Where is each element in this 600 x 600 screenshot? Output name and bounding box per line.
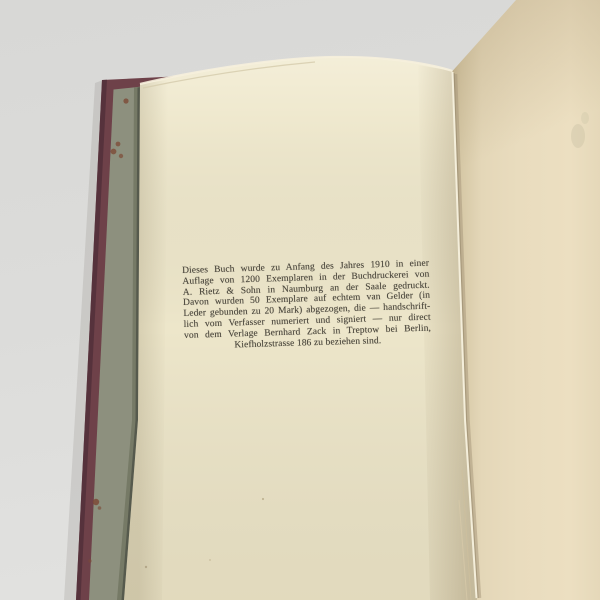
photo-background: Dieses Buch wurde zu Anfang des Jahres 1… [0, 0, 600, 600]
colophon-text-block: Dieses Buch wurde zu Anfang des Jahres 1… [182, 259, 431, 353]
foxing-spot [93, 499, 99, 505]
page-speck [145, 566, 147, 568]
foxing-spot [119, 154, 123, 158]
right-page-smudge [581, 112, 589, 124]
right-page-smudge [571, 124, 585, 148]
foxing-spot [88, 559, 91, 562]
foxing-spot [111, 149, 117, 155]
page-speck [262, 498, 264, 500]
right-page-top-shading [453, 0, 600, 200]
foxing-spot [123, 98, 128, 103]
page-speck [209, 559, 211, 561]
foxing-spot [98, 506, 102, 510]
foxing-spot [116, 142, 121, 147]
